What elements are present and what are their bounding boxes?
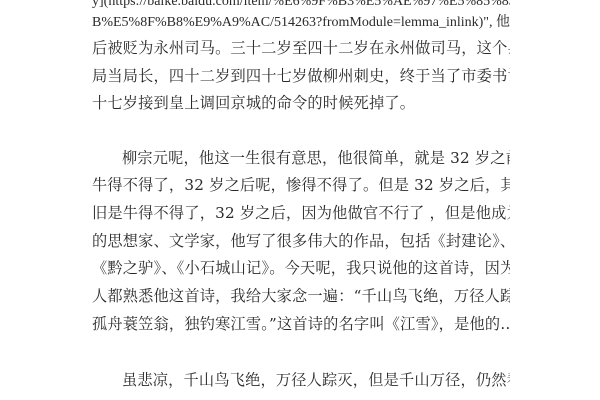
paragraph-1-line-1: B%E5%8F%B8%E9%A9%AC/514263?fromModule=le…	[92, 11, 510, 31]
paragraph-2-line-6: 人都熟悉他这首诗，我给大家念一遍：“千山鸟飞绝，万径人踪灭，	[92, 286, 510, 306]
paragraph-2-line-1: 柳宗元呢，他这一生很有意思，他很简单，就是 32 岁之前就是	[122, 148, 510, 168]
paragraph-1-line-3: 局当局长，四十二岁到四十七岁做柳州刺史，终于当了市委书记。四	[92, 66, 510, 86]
paragraph-2-line-5: 《黔之驴》、《小石城山记》。今天呢，我只说他的这首诗，因为所有	[92, 258, 510, 278]
paragraph-2-line-7: 孤舟蓑笠翁，独钓寒江雪。”这首诗的名字叫《江雪》，是他的……	[92, 314, 510, 334]
paragraph-1-line-4: 十七岁接到皇上调回京城的命令的时候死掉了。	[92, 93, 510, 113]
paragraph-3-line-1: 虽悲凉，千山鸟飞绝，万径人踪灭，但是千山万径，仍然看到他	[122, 370, 510, 390]
paragraph-1-line-2: 后被贬为永州司马。三十二岁至四十二岁在永州做司马，这个县公安	[92, 38, 510, 58]
document-page: y](https://baike.baidu.com/item/%E6%9F%B…	[0, 0, 600, 400]
paragraph-2-line-4: 的思想家、文学家，他写了很多伟大的作品，包括《封建论》、《天说》、	[92, 231, 510, 251]
url-text[interactable]: B%E5%8F%B8%E9%A9%AC/514263?fromModule=le…	[92, 15, 510, 30]
paragraph-2-line-3: 旧是牛得不得了，32 岁之后，因为他做官不行了 ，但是他成为伟大	[92, 203, 510, 223]
paragraph-2-line-2: 牛得不得了，32 岁之后呢，惨得不得了。但是 32 岁之后，其实他仍	[92, 175, 510, 195]
